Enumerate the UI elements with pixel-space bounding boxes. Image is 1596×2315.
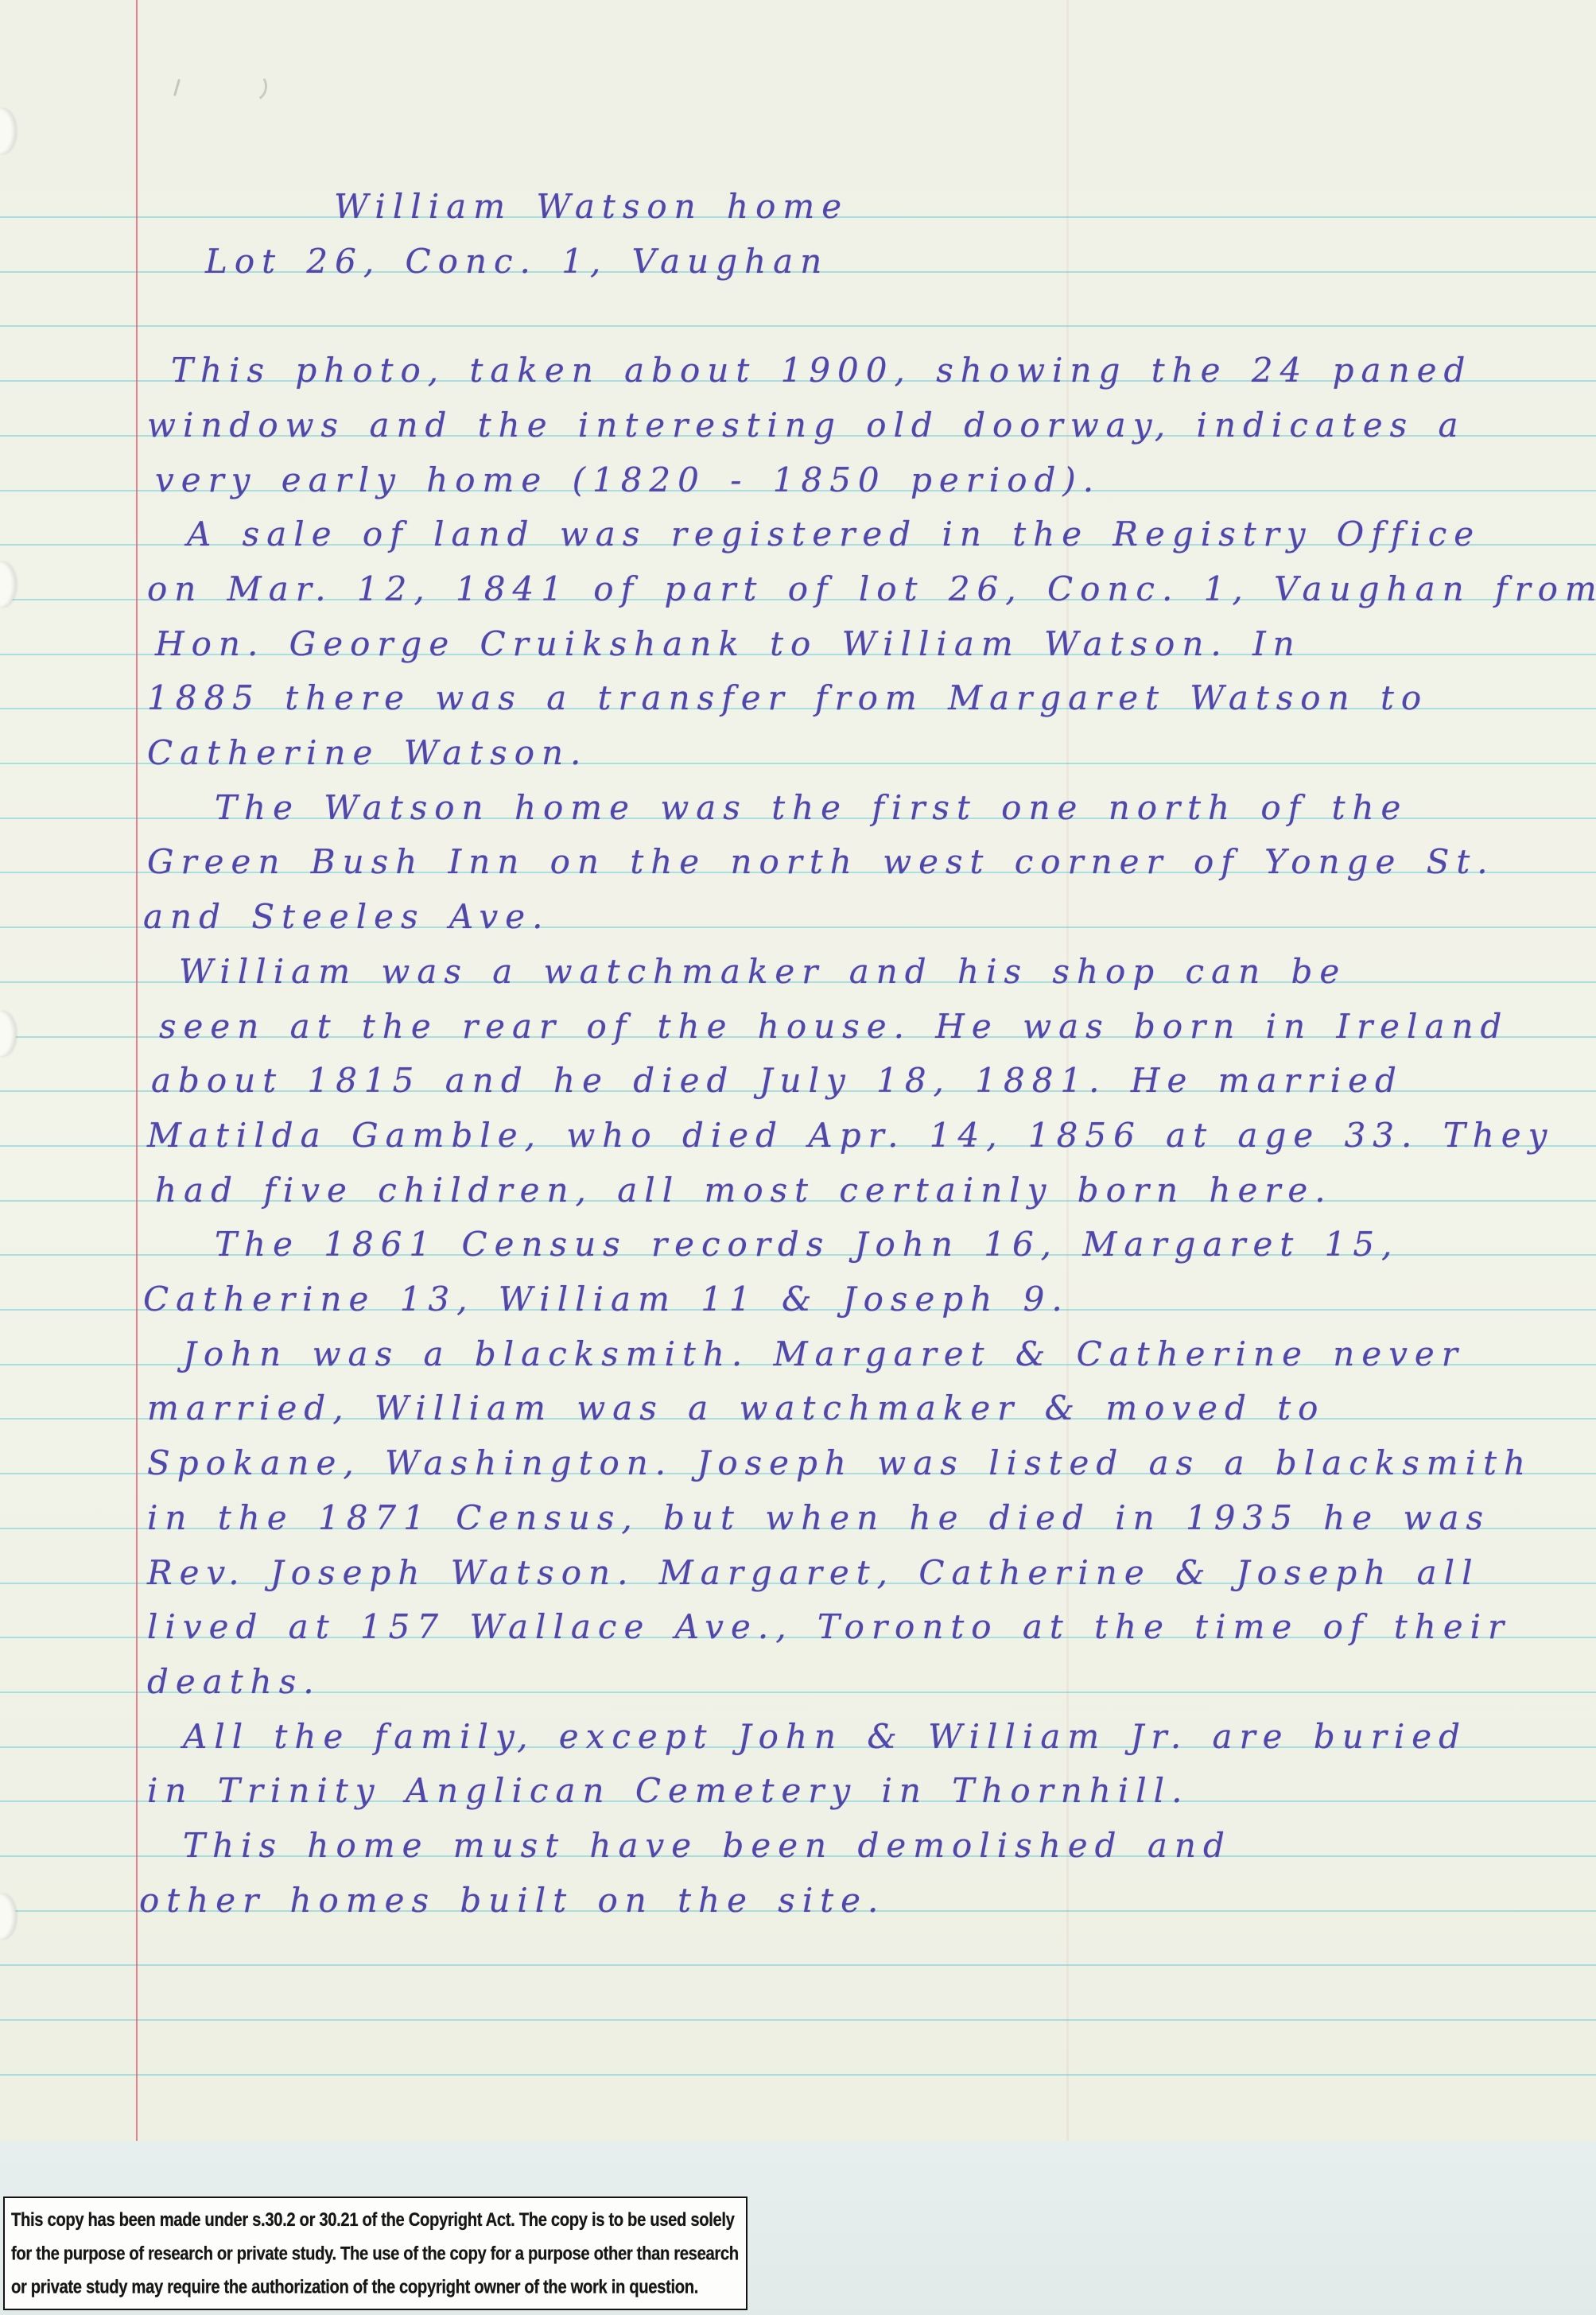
handwritten-line: A sale of land was registered in the Reg…: [187, 507, 1481, 561]
handwritten-line: John was a blacksmith. Margaret & Cather…: [183, 1327, 1465, 1381]
handwritten-line: Spokane, Washington. Joseph was listed a…: [147, 1436, 1532, 1490]
copyright-stamp: This copy has been made under s.30.2 or …: [3, 2197, 748, 2310]
handwritten-line: Catherine Watson.: [147, 726, 588, 780]
handwritten-title-line: William Watson home: [334, 180, 848, 234]
handwritten-line: lived at 157 Wallace Ave., Toronto at th…: [147, 1600, 1511, 1654]
punch-hole: [0, 1894, 16, 1940]
handwritten-line: other homes built on the site.: [139, 1874, 885, 1928]
punch-hole: [0, 561, 16, 608]
handwritten-line: in the 1871 Census, but when he died in …: [147, 1491, 1490, 1545]
handwritten-line: Rev. Joseph Watson. Margaret, Catherine …: [147, 1546, 1480, 1600]
handwritten-line: very early home (1820 - 1850 period).: [155, 453, 1101, 507]
punch-hole: [0, 1011, 16, 1057]
handwritten-line: Catherine 13, William 11 & Joseph 9.: [143, 1272, 1070, 1326]
handwritten-line: on Mar. 12, 1841 of part of lot 26, Conc…: [147, 562, 1596, 616]
handwritten-line: 1885 there was a transfer from Margaret …: [147, 671, 1428, 725]
handwritten-line: Hon. George Cruikshank to William Watson…: [155, 617, 1302, 671]
handwritten-line: The Watson home was the first one north …: [215, 781, 1408, 835]
handwritten-line: had five children, all most certainly bo…: [155, 1163, 1333, 1218]
copyright-stamp-line: or private study may require the authori…: [11, 2270, 748, 2303]
ruled-line: [0, 1964, 1596, 1966]
handwritten-line: seen at the rear of the house. He was bo…: [159, 1000, 1509, 1054]
handwritten-line: William was a watchmaker and his shop ca…: [179, 945, 1346, 999]
handwritten-line: and Steeles Ave.: [143, 890, 549, 944]
handwritten-line: about 1815 and he died July 18, 1881. He…: [151, 1054, 1404, 1108]
pencil-mark: [173, 79, 181, 96]
handwritten-line: This photo, taken about 1900, showing th…: [171, 344, 1472, 398]
handwritten-line: deaths.: [147, 1655, 321, 1709]
handwritten-line: in Trinity Anglican Cemetery in Thornhil…: [147, 1764, 1189, 1818]
paper-sheet: William Watson homeLot 26, Conc. 1, Vaug…: [0, 0, 1596, 2141]
copyright-stamp-line: for the purpose of research or private s…: [11, 2236, 748, 2270]
pencil-mark: [235, 69, 270, 105]
handwritten-line: windows and the interesting old doorway,…: [147, 398, 1466, 453]
handwritten-title-line: Lot 26, Conc. 1, Vaughan: [205, 235, 829, 289]
handwritten-line: All the family, except John & William Jr…: [183, 1710, 1467, 1764]
punch-hole: [0, 108, 16, 154]
ruled-line: [0, 2074, 1596, 2076]
handwritten-line: The 1861 Census records John 16, Margare…: [215, 1218, 1399, 1272]
red-margin-line: [136, 0, 138, 2141]
handwritten-line: Green Bush Inn on the north west corner …: [147, 835, 1495, 889]
copyright-stamp-text: This copy has been made under s.30.2 or …: [11, 2203, 748, 2303]
scanned-handwritten-page: { "paper": { "background_color": "#f1f2e…: [0, 0, 1596, 2315]
copyright-stamp-line: This copy has been made under s.30.2 or …: [11, 2203, 748, 2236]
handwritten-line: This home must have been demolished and: [183, 1819, 1232, 1873]
ruled-line: [0, 325, 1596, 327]
handwritten-line: Matilda Gamble, who died Apr. 14, 1856 a…: [147, 1109, 1554, 1163]
handwritten-line: married, William was a watchmaker & move…: [147, 1381, 1325, 1435]
ruled-line: [0, 2019, 1596, 2021]
